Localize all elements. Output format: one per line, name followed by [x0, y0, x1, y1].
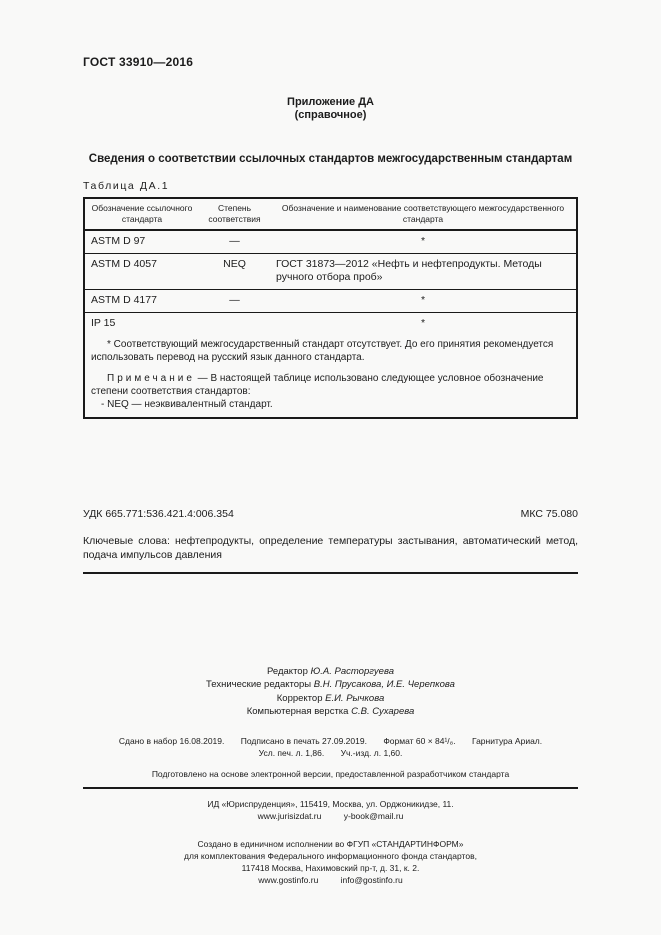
note-list-item: - NEQ — неэквивалентный стандарт. [91, 399, 570, 412]
note-label: Примечание [107, 373, 195, 384]
producer-website: www.gostinfo.ru [258, 874, 318, 886]
cell-reference-standard: IP 15 [84, 313, 199, 336]
cell-reference-standard: ASTM D 4177 [84, 290, 199, 313]
publisher-email: y-book@mail.ru [344, 810, 404, 823]
publisher-address: ИД «Юриспруденция», 115419, Москва, ул. … [83, 798, 578, 811]
imprint-publisher-sheets: Уч.-изд. л. 1,60. [341, 747, 403, 759]
credit-line: Корректор Е.И. Рычкова [83, 692, 578, 706]
credit-line: Редактор Ю.А. Расторгуева [83, 665, 578, 679]
table-row: ASTM D 4177 — * [84, 290, 577, 313]
imprint-format: Формат 60 × 84¹/₈. [383, 735, 455, 747]
udk-code: УДК 665.771:536.421.4:006.354 [83, 508, 234, 520]
credit-name: Е.И. Рычкова [325, 693, 384, 704]
publisher-contacts: www.jurisizdat.ru y-book@mail.ru [83, 810, 578, 823]
footnote-note: Примечание — В настоящей таблице использ… [91, 373, 570, 398]
imprint-printed-sheets: Усл. печ. л. 1,86. [259, 747, 325, 759]
standard-code: ГОСТ 33910—2016 [83, 55, 578, 69]
cell-degree: NEQ [199, 254, 270, 290]
prepared-note: Подготовлено на основе электронной верси… [83, 769, 578, 779]
cell-interstate-standard: * [270, 230, 577, 254]
appendix-subtitle: (справочное) [83, 109, 578, 122]
credit-name: С.В. Сухарева [351, 706, 414, 717]
footnote-asterisk-text: * Соответствующий межгосударственный ста… [91, 339, 570, 364]
cell-degree: — [199, 290, 270, 313]
credit-role: Корректор [277, 693, 323, 704]
credit-role: Технические редакторы [206, 679, 311, 690]
producer-contacts: www.gostinfo.ru info@gostinfo.ru [83, 874, 578, 886]
imprint-line-2: Усл. печ. л. 1,86. Уч.-изд. л. 1,60. [83, 747, 578, 759]
publisher-website: www.jurisizdat.ru [258, 810, 322, 823]
column-header-interstate-standard: Обозначение и наименование соответствующ… [270, 198, 577, 230]
cell-interstate-standard: * [270, 313, 577, 336]
divider-rule [83, 787, 578, 789]
producer-line: 117418 Москва, Нахимовский пр-т, д. 31, … [83, 862, 578, 874]
column-header-degree: Степень соответствия [199, 198, 270, 230]
imprint-line-1: Сдано в набор 16.08.2019. Подписано в пе… [83, 735, 578, 747]
cell-interstate-standard: ГОСТ 31873—2012 «Нефть и нефтепродукты. … [270, 254, 577, 290]
table-footnote-row: * Соответствующий межгосударственный ста… [84, 335, 577, 418]
table-footnote-cell: * Соответствующий межгосударственный ста… [84, 335, 577, 418]
cell-reference-standard: ASTM D 97 [84, 230, 199, 254]
table-row: ASTM D 97 — * [84, 230, 577, 254]
cell-interstate-standard: * [270, 290, 577, 313]
credit-line: Технические редакторы В.Н. Прусакова, И.… [83, 678, 578, 692]
imprint-typeset-date: Сдано в набор 16.08.2019. [119, 735, 225, 747]
column-header-reference-standard: Обозначение ссылочного стандарта [84, 198, 199, 230]
publisher-block: ИД «Юриспруденция», 115419, Москва, ул. … [83, 798, 578, 823]
table-row: ASTM D 4057 NEQ ГОСТ 31873—2012 «Нефть и… [84, 254, 577, 290]
cell-degree [199, 313, 270, 336]
producer-email: info@gostinfo.ru [341, 874, 403, 886]
credit-name: В.Н. Прусакова, И.Е. Черепкова [314, 679, 455, 690]
appendix-heading: Приложение ДА (справочное) [83, 96, 578, 122]
correspondence-table: Обозначение ссылочного стандарта Степень… [83, 197, 578, 419]
credit-line: Компьютерная верстка С.В. Сухарева [83, 705, 578, 719]
section-title: Сведения о соответствии ссылочных станда… [83, 153, 578, 165]
divider-rule [83, 572, 578, 574]
imprint-print-date: Подписано в печать 27.09.2019. [241, 735, 367, 747]
credits-block: Редактор Ю.А. Расторгуева Технические ре… [83, 665, 578, 719]
table-header: Обозначение ссылочного стандарта Степень… [84, 198, 577, 230]
classification-row: УДК 665.771:536.421.4:006.354 МКС 75.080 [83, 508, 578, 520]
cell-degree: — [199, 230, 270, 254]
table-caption: Таблица ДА.1 [83, 180, 578, 192]
imprint-typeface: Гарнитура Ариал. [472, 735, 542, 747]
mks-code: МКС 75.080 [521, 508, 578, 520]
credit-role: Редактор [267, 666, 308, 677]
credit-name: Ю.А. Расторгуева [311, 666, 394, 677]
appendix-title: Приложение ДА [83, 96, 578, 109]
keywords-paragraph: Ключевые слова: нефтепродукты, определен… [83, 534, 578, 562]
table-row: IP 15 * [84, 313, 577, 336]
producer-block: Создано в единичном исполнении во ФГУП «… [83, 838, 578, 886]
cell-reference-standard: ASTM D 4057 [84, 254, 199, 290]
producer-line: для комплектования Федерального информац… [83, 850, 578, 862]
document-page: ГОСТ 33910—2016 Приложение ДА (справочно… [0, 0, 661, 935]
imprint-block: Сдано в набор 16.08.2019. Подписано в пе… [83, 735, 578, 759]
producer-line: Создано в единичном исполнении во ФГУП «… [83, 838, 578, 850]
credit-role: Компьютерная верстка [247, 706, 349, 717]
